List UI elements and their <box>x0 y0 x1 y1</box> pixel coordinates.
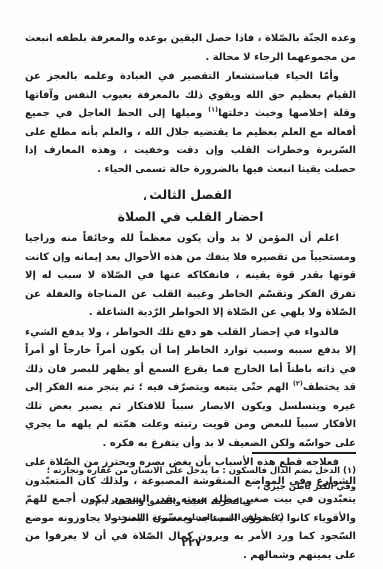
chapter-subtitle: احضار القلب في الصلاة <box>25 209 356 225</box>
chapter-title: الفصل الثالث <box>25 187 356 203</box>
paragraph: وعده الجنّة بالصّلاة ، فاذا حصل اليقين ب… <box>25 30 356 67</box>
footnote-marker-1: (١) <box>208 106 218 114</box>
footnote-1-continuation: وبالتحريك العيب والفسق والفساد . م . <box>25 495 356 511</box>
paragraph: وأمّا الحياء فباستشعار التقصير في العباد… <box>25 68 356 179</box>
chapter-heading: ، الفصل الثالث احضار القلب في الصلاة <box>25 187 356 225</box>
stray-ink-mark: ، <box>143 189 147 208</box>
page-number: ٢٢٧ <box>0 536 383 549</box>
footnote-separator-rule <box>252 452 356 454</box>
footnote-marker-2: (٢) <box>293 380 303 388</box>
footnote-2: (٢) خطف الشيء استلبه بسرعة . المنجد . <box>25 511 356 527</box>
footnotes-section: (١) الدخل بضم الدال فالسكون : ما يدخل عل… <box>25 452 356 526</box>
paragraph: فالدواء في إحضار القلب هو دفع تلك الخواط… <box>25 324 356 454</box>
book-page: وعده الجنّة بالصّلاة ، فاذا حصل اليقين ب… <box>0 0 383 569</box>
footnote-1: (١) الدخل بضم الدال فالسكون : ما يدخل عل… <box>25 464 356 495</box>
paragraph: اعلم أن المؤمن لا بد وأن يكون معظماً لله… <box>25 230 356 323</box>
